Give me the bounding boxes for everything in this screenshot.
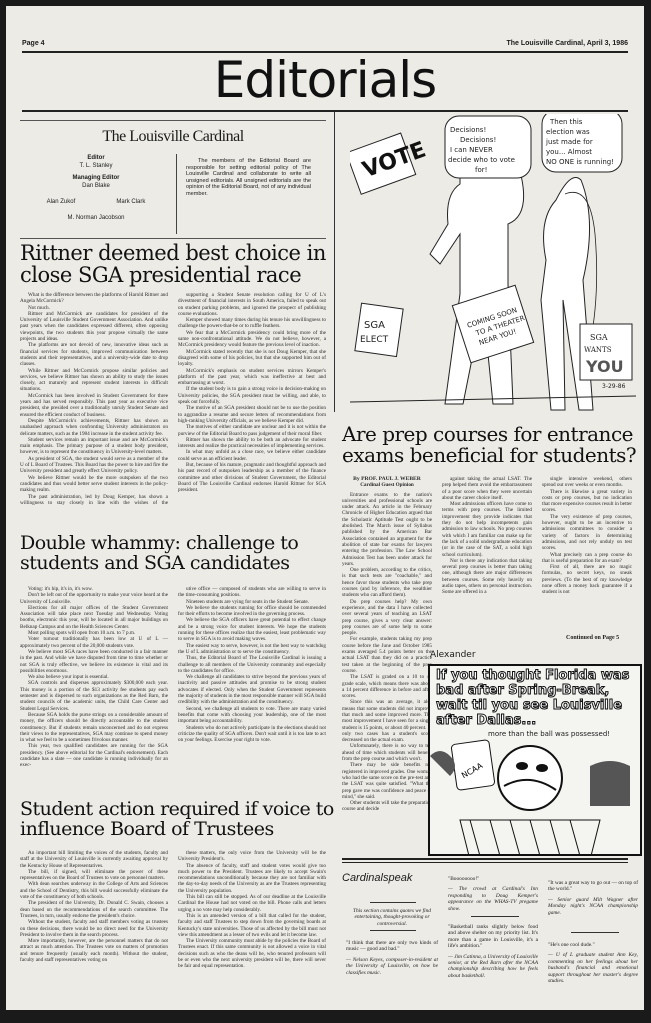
divider (370, 930, 416, 931)
paragraph: We believe most SGA races have been cond… (20, 649, 168, 674)
paragraph: While Rittner and McCormick propose simi… (20, 368, 168, 393)
paragraph: Nineteen students are vying for seats in… (178, 599, 326, 605)
board-member: Mark Clark (116, 198, 145, 206)
paragraph: We challenge all candidates to strive be… (178, 674, 326, 705)
svg-text:SGA: SGA (590, 333, 608, 342)
svg-text:I can NEVER: I can NEVER (450, 146, 493, 154)
paragraph: This year, two qualified candidates are … (20, 743, 168, 768)
paragraph: First of all, there are no magic formula… (542, 564, 632, 595)
byline-subtitle: Cardinal Guest Opinion (342, 482, 432, 488)
cardinalspeak-intro: This section contains quotes we find ent… (346, 908, 438, 927)
paragraph: The easiest way to serve, however, is no… (178, 643, 326, 656)
paragraph: Other students will take the preparation… (342, 800, 432, 813)
paragraph: Since this was an average, it also means… (342, 699, 432, 743)
paragraph: McCormick has been involved in Student G… (20, 393, 168, 418)
board-member: Alan Zukof (47, 198, 76, 206)
paragraph: As president of SGA, the student would s… (20, 456, 168, 475)
guest-opinion-headline: Are prep courses for entrance exams bene… (342, 424, 642, 466)
staff-role: Editor (26, 154, 166, 162)
paragraph: There may be side benefits not registere… (342, 762, 432, 800)
paragraph: The motive of an SGA president should no… (178, 405, 326, 424)
svg-text:YOU: YOU (585, 357, 624, 376)
paragraph: Do prep courses help? My own experience,… (342, 599, 432, 637)
paragraph: The platforms are not devoid of new, inn… (20, 342, 168, 367)
quote-attribution: — Senior guard Milt Wagner after Monday … (548, 897, 638, 916)
paragraph: The LSAT is graded on a 10 to 48 grade s… (342, 674, 432, 699)
text-column: Voting: it's hip, it's in, it's wow.Don'… (20, 586, 168, 772)
page-number: Page 4 (22, 40, 45, 47)
paragraph: Kemper showed many times during his tenu… (178, 317, 326, 330)
paragraph: SGA controls and disperses approximately… (20, 680, 168, 711)
quote-text: "He's one cool dude." (548, 942, 638, 948)
paragraph: against taking the actual LSAT. The prep… (442, 476, 532, 501)
paragraph: Because SGA holds the purse strings on a… (20, 712, 168, 743)
cartoon-caption: If you thought Florida was bad after Spr… (430, 666, 640, 730)
cartoon-drawing: NCAA (430, 736, 640, 856)
ncaa-cartoon: If you thought Florida was bad after Spr… (428, 664, 642, 856)
paragraph: Rittner and McCormick are candidates for… (20, 311, 168, 342)
box-rule (20, 238, 326, 239)
quote-attribution: — Jim Catinna, a University of Louisvill… (448, 954, 538, 980)
text-column: By PROF. PAUL J. WEBER Cardinal Guest Op… (342, 476, 432, 846)
svg-text:NO ONE is running!: NO ONE is running! (546, 158, 614, 166)
divider (370, 902, 416, 903)
paragraph: The motives of either candidate are uncl… (178, 424, 326, 437)
quote-attribution: — Nelson Keyes, composer-in-resident at … (346, 957, 438, 976)
staff-box: Editor T. L. Stanley Managing Editor Dan… (26, 154, 166, 222)
paragraph: In what may unfold as a close race, we b… (178, 449, 326, 462)
svg-text:Decisions!: Decisions! (460, 136, 496, 144)
paragraph: The bill, if signed, will eliminate the … (20, 869, 168, 882)
paragraph: The very existence of prep courses, howe… (542, 514, 632, 552)
paragraph: If the student body is to gain a strong … (178, 386, 326, 405)
cardinalspeak-title: Cardinalspeak (342, 872, 412, 884)
quote-text: "It was a great way to go out — on top o… (548, 880, 638, 893)
paragraph: Entrance exams to the nation's universit… (342, 492, 432, 568)
paragraph: The president of the University, Dr. Don… (20, 900, 168, 919)
paragraph: We fear that a McCormick presidency coul… (178, 330, 326, 349)
paragraph: One problem, according to the critics, i… (342, 567, 432, 598)
paragraph: Second, we challenge all students to vot… (178, 706, 326, 725)
paper-nameplate: The Louisville Cardinal (20, 128, 326, 146)
paragraph: For example, students taking my prep cou… (342, 636, 432, 674)
paragraph: Without the student, faculty and staff m… (20, 919, 168, 938)
dateline: The Louisville Cardinal, April 3, 1986 (506, 40, 628, 47)
quote-block: "He's one cool dude." — U of L graduate … (548, 942, 638, 984)
paragraph: An important bill limiting the voices of… (20, 850, 168, 869)
text-column: What is the difference between the platf… (20, 292, 168, 506)
divider (471, 916, 519, 917)
svg-text:SGA: SGA (364, 320, 385, 331)
paragraph: McCormick stated recently that she is no… (178, 349, 326, 368)
paragraph: This bill can still be stopped. As of ou… (178, 894, 326, 913)
board-member: M. Norman Jacobson (26, 214, 166, 222)
paragraph: More importantly, however, are the perso… (20, 938, 168, 963)
staff-name: Dan Blake (26, 182, 166, 190)
quote-block: "Basketball ranks slightly below food an… (448, 924, 538, 979)
quote-text: "I think that there are only two kinds o… (346, 940, 438, 953)
paragraph: Despite McCormick's achievements, Rittne… (20, 418, 168, 437)
paragraph: Voter turnout traditionally has been low… (20, 636, 168, 649)
text-column: An important bill limiting the voices of… (20, 850, 168, 990)
editorial-headline: Rittner deemed best choice in close SGA … (20, 242, 330, 286)
paragraph: McCormick's emphasis on student services… (178, 368, 326, 387)
board-members-row: Alan Zukof Mark Clark (26, 198, 166, 206)
folio-line: Page 4 The Louisville Cardinal, April 3,… (22, 40, 628, 47)
section-rule (342, 862, 628, 863)
paragraph: The past administration, led by Doug Kem… (20, 494, 168, 507)
text-column: utive office — composed of students who … (178, 586, 326, 772)
quote-block: "I think that there are only two kinds o… (346, 940, 438, 976)
quote-attribution: — The crowd at Cardinal's Inn responding… (448, 886, 538, 912)
svg-text:just made for: just made for (545, 138, 593, 146)
paragraph: single intensive weekend, others spread … (542, 476, 632, 489)
cartoon-date: 3-29-86 (602, 383, 626, 390)
editorial-cartoon: VOTE Decisions! Decisions! I can NEVER d… (350, 114, 636, 414)
svg-text:election was: election was (546, 128, 590, 136)
paragraph: We believe the SGA officers have great p… (178, 617, 326, 642)
svg-text:you... Almost: you... Almost (546, 148, 592, 156)
svg-text:ELECT: ELECT (360, 335, 389, 345)
svg-text:for!: for! (475, 166, 487, 174)
editorial-board-statement: The members of the Editorial Board are r… (186, 158, 311, 197)
paragraph: supporting a Student Senate resolution c… (178, 292, 326, 317)
paragraph: utive office — composed of students who … (178, 586, 326, 599)
quote-block: "Boooooooo!" — The crowd at Cardinal's I… (448, 876, 538, 912)
section-rule (342, 858, 628, 860)
staff-name: T. L. Stanley (26, 162, 166, 170)
editorial-body: An important bill limiting the voices of… (20, 850, 326, 990)
paragraph: Student services remain an important iss… (20, 437, 168, 456)
paragraph: Don't be left out of the opportunity to … (20, 592, 168, 605)
editorial-body: Voting: it's hip, it's in, it's wow.Don'… (20, 586, 326, 772)
editorial-headline: Student action required if voice to infl… (20, 800, 334, 840)
section-title: Editorials (6, 49, 644, 111)
paragraph: Elections for all major offices of the S… (20, 605, 168, 630)
paragraph: Most admissions officers have come to te… (442, 501, 532, 558)
paragraph: Students who do not actively participate… (178, 725, 326, 744)
quote-text: "Boooooooo!" (448, 876, 538, 882)
svg-text:WANTS: WANTS (584, 346, 612, 354)
box-divider (176, 154, 177, 234)
paragraph: We believe the students running for offi… (178, 605, 326, 618)
continued-line: Continued on Page 5 (566, 635, 619, 641)
paragraph: The absence of faculty, staff and studen… (178, 863, 326, 894)
divider (571, 932, 619, 933)
svg-text:Decisions!: Decisions! (450, 126, 486, 134)
cartoon-artist: Alexander (430, 650, 476, 660)
newspaper-page: Page 4 The Louisville Cardinal, April 3,… (6, 6, 644, 1010)
editorial-headline: Double whammy: challenge to students and… (20, 534, 330, 574)
paragraph: But, because of his mature, pragmatic an… (178, 462, 326, 493)
paragraph: Thus, the Editorial Board of The Louisvi… (178, 655, 326, 674)
text-column: these matters, the only voice from the U… (178, 850, 326, 990)
paragraph: these matters, the only voice from the U… (178, 850, 326, 863)
paragraph: With dean searches underway in the Colle… (20, 881, 168, 900)
paragraph: What precisely can a prep course do that… (542, 552, 632, 565)
svg-text:decide who to vote: decide who to vote (448, 156, 515, 164)
editorial-body: What is the difference between the platf… (20, 292, 326, 506)
paragraph: Nor is there any indication that taking … (442, 558, 532, 596)
quote-block: "It was a great way to go out — on top o… (548, 880, 638, 916)
paragraph: Rittner has shown the ability to be both… (178, 437, 326, 450)
text-column: supporting a Student Senate resolution c… (178, 292, 326, 506)
paragraph: There is likewise a great variety in cos… (542, 489, 632, 514)
box-rule (20, 120, 326, 121)
paragraph: What is the difference between the platf… (20, 292, 168, 305)
paragraph: This is an amended version of a bill tha… (178, 913, 326, 938)
masthead-rule (22, 110, 628, 112)
quote-text: "Basketball ranks slightly below food an… (448, 924, 538, 950)
quote-attribution: — U of L graduate student Ann Key, comme… (548, 952, 638, 984)
svg-text:Then this: Then this (549, 118, 583, 126)
paragraph: Unfortunately, there is no way to tell a… (342, 743, 432, 762)
paragraph: The University community must abide by t… (178, 938, 326, 969)
paragraph: We believe Rittner would be the more out… (20, 475, 168, 494)
staff-role: Managing Editor (26, 174, 166, 182)
column-divider (334, 112, 335, 412)
